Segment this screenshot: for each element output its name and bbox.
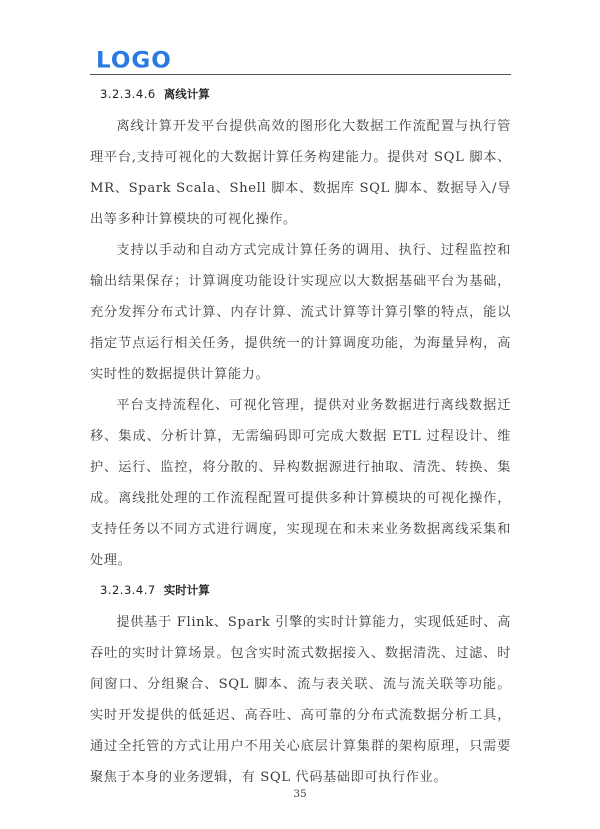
section-number: 3.2.3.4.6	[100, 87, 156, 101]
section-title: 实时计算	[164, 583, 210, 597]
paragraph: 提供基于 Flink、Spark 引擎的实时计算能力，实现低延时、高吞吐的实时计…	[90, 607, 511, 793]
paragraph: 离线计算开发平台提供高效的图形化大数据工作流配置与执行管理平台,支持可视化的大数…	[90, 111, 511, 235]
section-number: 3.2.3.4.7	[100, 583, 156, 597]
paragraph: 平台支持流程化、可视化管理，提供对业务数据进行离线数据迁移、集成、分析计算，无需…	[90, 390, 511, 576]
logo: LOGO	[96, 50, 172, 73]
section-heading-offline-compute: 3.2.3.4.6离线计算	[100, 84, 511, 104]
section-title: 离线计算	[164, 87, 210, 101]
page-number: 35	[0, 788, 600, 800]
section-heading-realtime-compute: 3.2.3.4.7实时计算	[100, 580, 511, 600]
paragraph: 支持以手动和自动方式完成计算任务的调用、执行、过程监控和输出结果保存；计算调度功…	[90, 235, 511, 390]
document-body: 3.2.3.4.6离线计算 离线计算开发平台提供高效的图形化大数据工作流配置与执…	[90, 72, 511, 793]
